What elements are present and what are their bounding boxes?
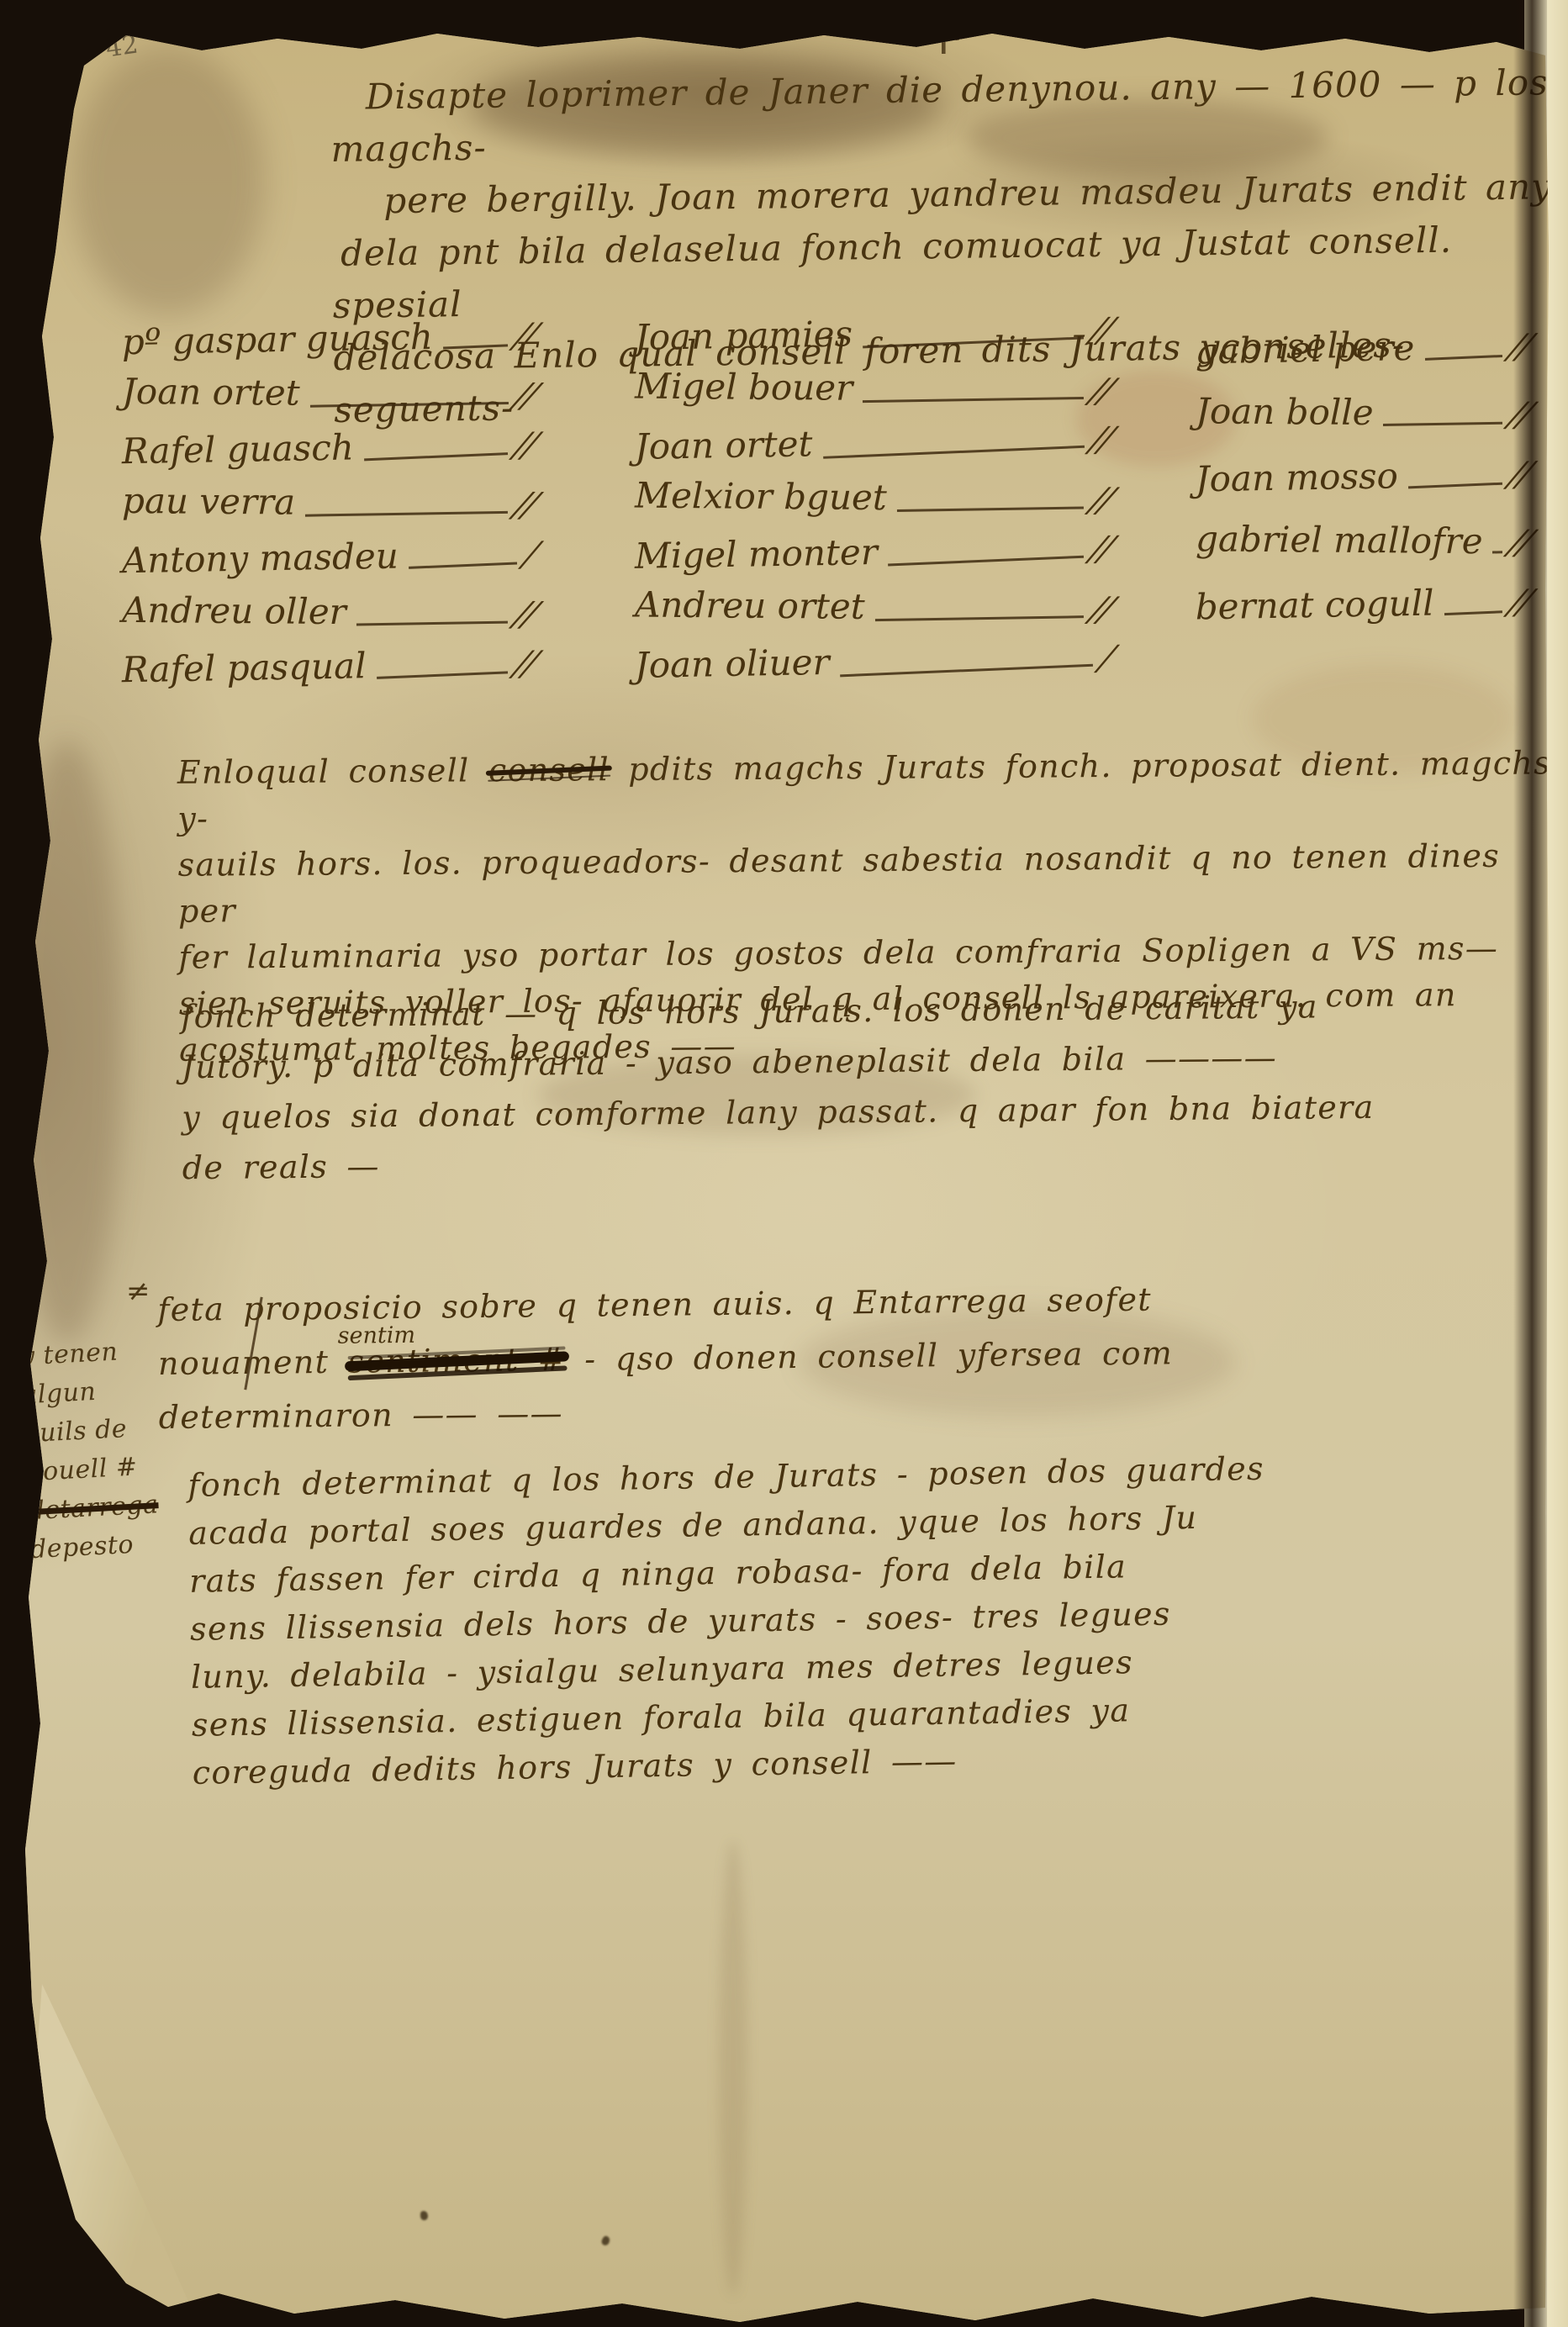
dash-rule [888, 556, 1084, 567]
dash-rule [823, 446, 1084, 459]
dash-rule [1492, 551, 1502, 553]
attendee-name: gabriel mallofre [1196, 518, 1483, 562]
tally-mark: // [1085, 590, 1117, 629]
attendee-row: Andreu ortet // [635, 584, 1111, 643]
attendee-name: Antony masdeu [121, 536, 399, 582]
tally-mark: // [1504, 455, 1535, 494]
dash-rule [364, 452, 508, 461]
dash-rule [863, 397, 1084, 403]
dash-rule [356, 621, 508, 626]
attendee-row: Migel monter // [634, 527, 1110, 590]
attendee-name: Rafel guasch [121, 426, 354, 472]
attendee-name: Joan pamies [634, 313, 853, 358]
tally-mark: / [518, 536, 540, 574]
attendee-row: bernat cogull // [1195, 581, 1528, 651]
ink-speck [600, 2235, 611, 2246]
attendee-row: Joan mosso // [1195, 453, 1528, 523]
attendee-name: Andreu oller [122, 589, 346, 632]
attendee-row: Joan bolle // [1196, 390, 1529, 456]
paragraph-line: sauils hors. los. proqueadors- desant sa… [177, 832, 1568, 935]
attendee-name: pau verra [122, 480, 296, 523]
tally-mark: // [1504, 583, 1535, 622]
attendee-column-3: gabriel pere // Joan bolle // Joan mosso… [1196, 328, 1528, 647]
text-run: - qso donen consell yfersea com [566, 1334, 1174, 1378]
dash-rule [863, 336, 1084, 348]
attendee-row: pau verra // [122, 480, 535, 538]
text-run: nouament [158, 1343, 348, 1382]
margin-note: depesto [29, 1522, 203, 1570]
tally-mark: / [1094, 639, 1116, 678]
attendee-row: Joan ortet // [122, 371, 535, 429]
text-run: Enloqual consell [177, 752, 488, 791]
attendee-row: Joan pamies // [634, 309, 1110, 372]
attendee-row: Migel bouer // [635, 366, 1111, 425]
attendee-name: Rafel pasqual [121, 645, 367, 690]
dash-rule [1425, 355, 1502, 361]
resolution-paragraph-1: fonch determinat — q los hors Jurats. lo… [181, 979, 1568, 1193]
tally-mark: // [509, 426, 541, 466]
attendee-name: Joan bolle [1196, 390, 1374, 433]
dash-rule [840, 664, 1093, 678]
attendee-row: Antony masdeu / [121, 533, 534, 595]
dash-rule [309, 402, 508, 408]
attendee-row: pº gaspar guasch // [121, 314, 534, 377]
paragraph-line: Enloqual consell consell pdits magchs Ju… [177, 740, 1568, 842]
dash-rule [1383, 422, 1502, 426]
attendee-row: gabriel pere // [1195, 325, 1528, 395]
dash-rule [897, 506, 1084, 511]
parchment-page: 42 + Disapte loprimer de Janer die denyn… [0, 0, 1568, 2327]
attendee-row: Rafel guasch // [121, 424, 534, 486]
dash-rule [1444, 610, 1502, 615]
margin-mark: ≠ [126, 1274, 150, 1308]
attendee-name: pº gaspar guasch [121, 316, 433, 362]
ink-speck [420, 2211, 428, 2220]
stain [71, 46, 265, 315]
attendee-row: gabriel mallofre // [1196, 518, 1529, 584]
tally-mark: // [509, 645, 541, 684]
struck-word: consell [488, 751, 610, 789]
attendee-row: Melxior bguet // [635, 475, 1111, 534]
attendee-row: Rafel pasqual // [121, 642, 534, 704]
heading-line: Disapte loprimer de Janer die denynou. a… [330, 56, 1566, 176]
attendee-row: Andreu oller // [122, 589, 535, 647]
tally-mark: // [1504, 524, 1536, 562]
resolution-paragraph-2: fonch determinat q los hors de Jurats - … [187, 1440, 1567, 1797]
attendee-name: Joan ortet [122, 371, 300, 414]
dash-rule [409, 562, 517, 569]
folio-number: 42 [104, 30, 140, 64]
attendee-name: Joan oliuer [634, 641, 830, 686]
stain [13, 740, 122, 1345]
attendee-name: Joan mosso [1195, 455, 1398, 499]
dash-rule [305, 511, 508, 517]
dash-rule [875, 615, 1084, 621]
attendee-name: Melxior bguet [635, 475, 887, 519]
attendee-name: gabriel pere [1195, 327, 1414, 372]
attendee-row: Joan oliuer / [634, 636, 1110, 699]
attendee-column-2: Joan pamies // Migel bouer // Joan ortet… [635, 313, 1110, 695]
attendee-name: Migel monter [634, 531, 878, 577]
attendee-name: bernat cogull [1195, 583, 1434, 628]
proposal-paragraph-2: sentim feta proposicio sobre q tenen aui… [157, 1269, 1445, 1444]
dash-rule [443, 344, 508, 349]
attendee-row: Joan ortet // [634, 418, 1110, 481]
stain [719, 1841, 747, 2295]
attendee-name: Joan ortet [634, 423, 812, 467]
tally-mark: // [509, 486, 541, 525]
tally-mark: // [1085, 481, 1117, 520]
torn-corner-flap [29, 1984, 197, 2320]
tally-mark: // [509, 595, 541, 634]
tally-mark: // [1085, 530, 1117, 569]
attendee-name: Migel bouer [635, 366, 853, 409]
dash-rule [377, 671, 508, 679]
manuscript-scan: 42 + Disapte loprimer de Janer die denyn… [0, 0, 1568, 2327]
struck-word: sentiment # [347, 1341, 566, 1380]
cross-mark: + [923, 8, 964, 66]
attendee-column-1: pº gaspar guasch // Joan ortet // Rafel … [122, 318, 534, 700]
tally-mark: // [1085, 420, 1117, 460]
dash-rule [1408, 483, 1502, 489]
attendee-name: Andreu ortet [635, 584, 865, 627]
